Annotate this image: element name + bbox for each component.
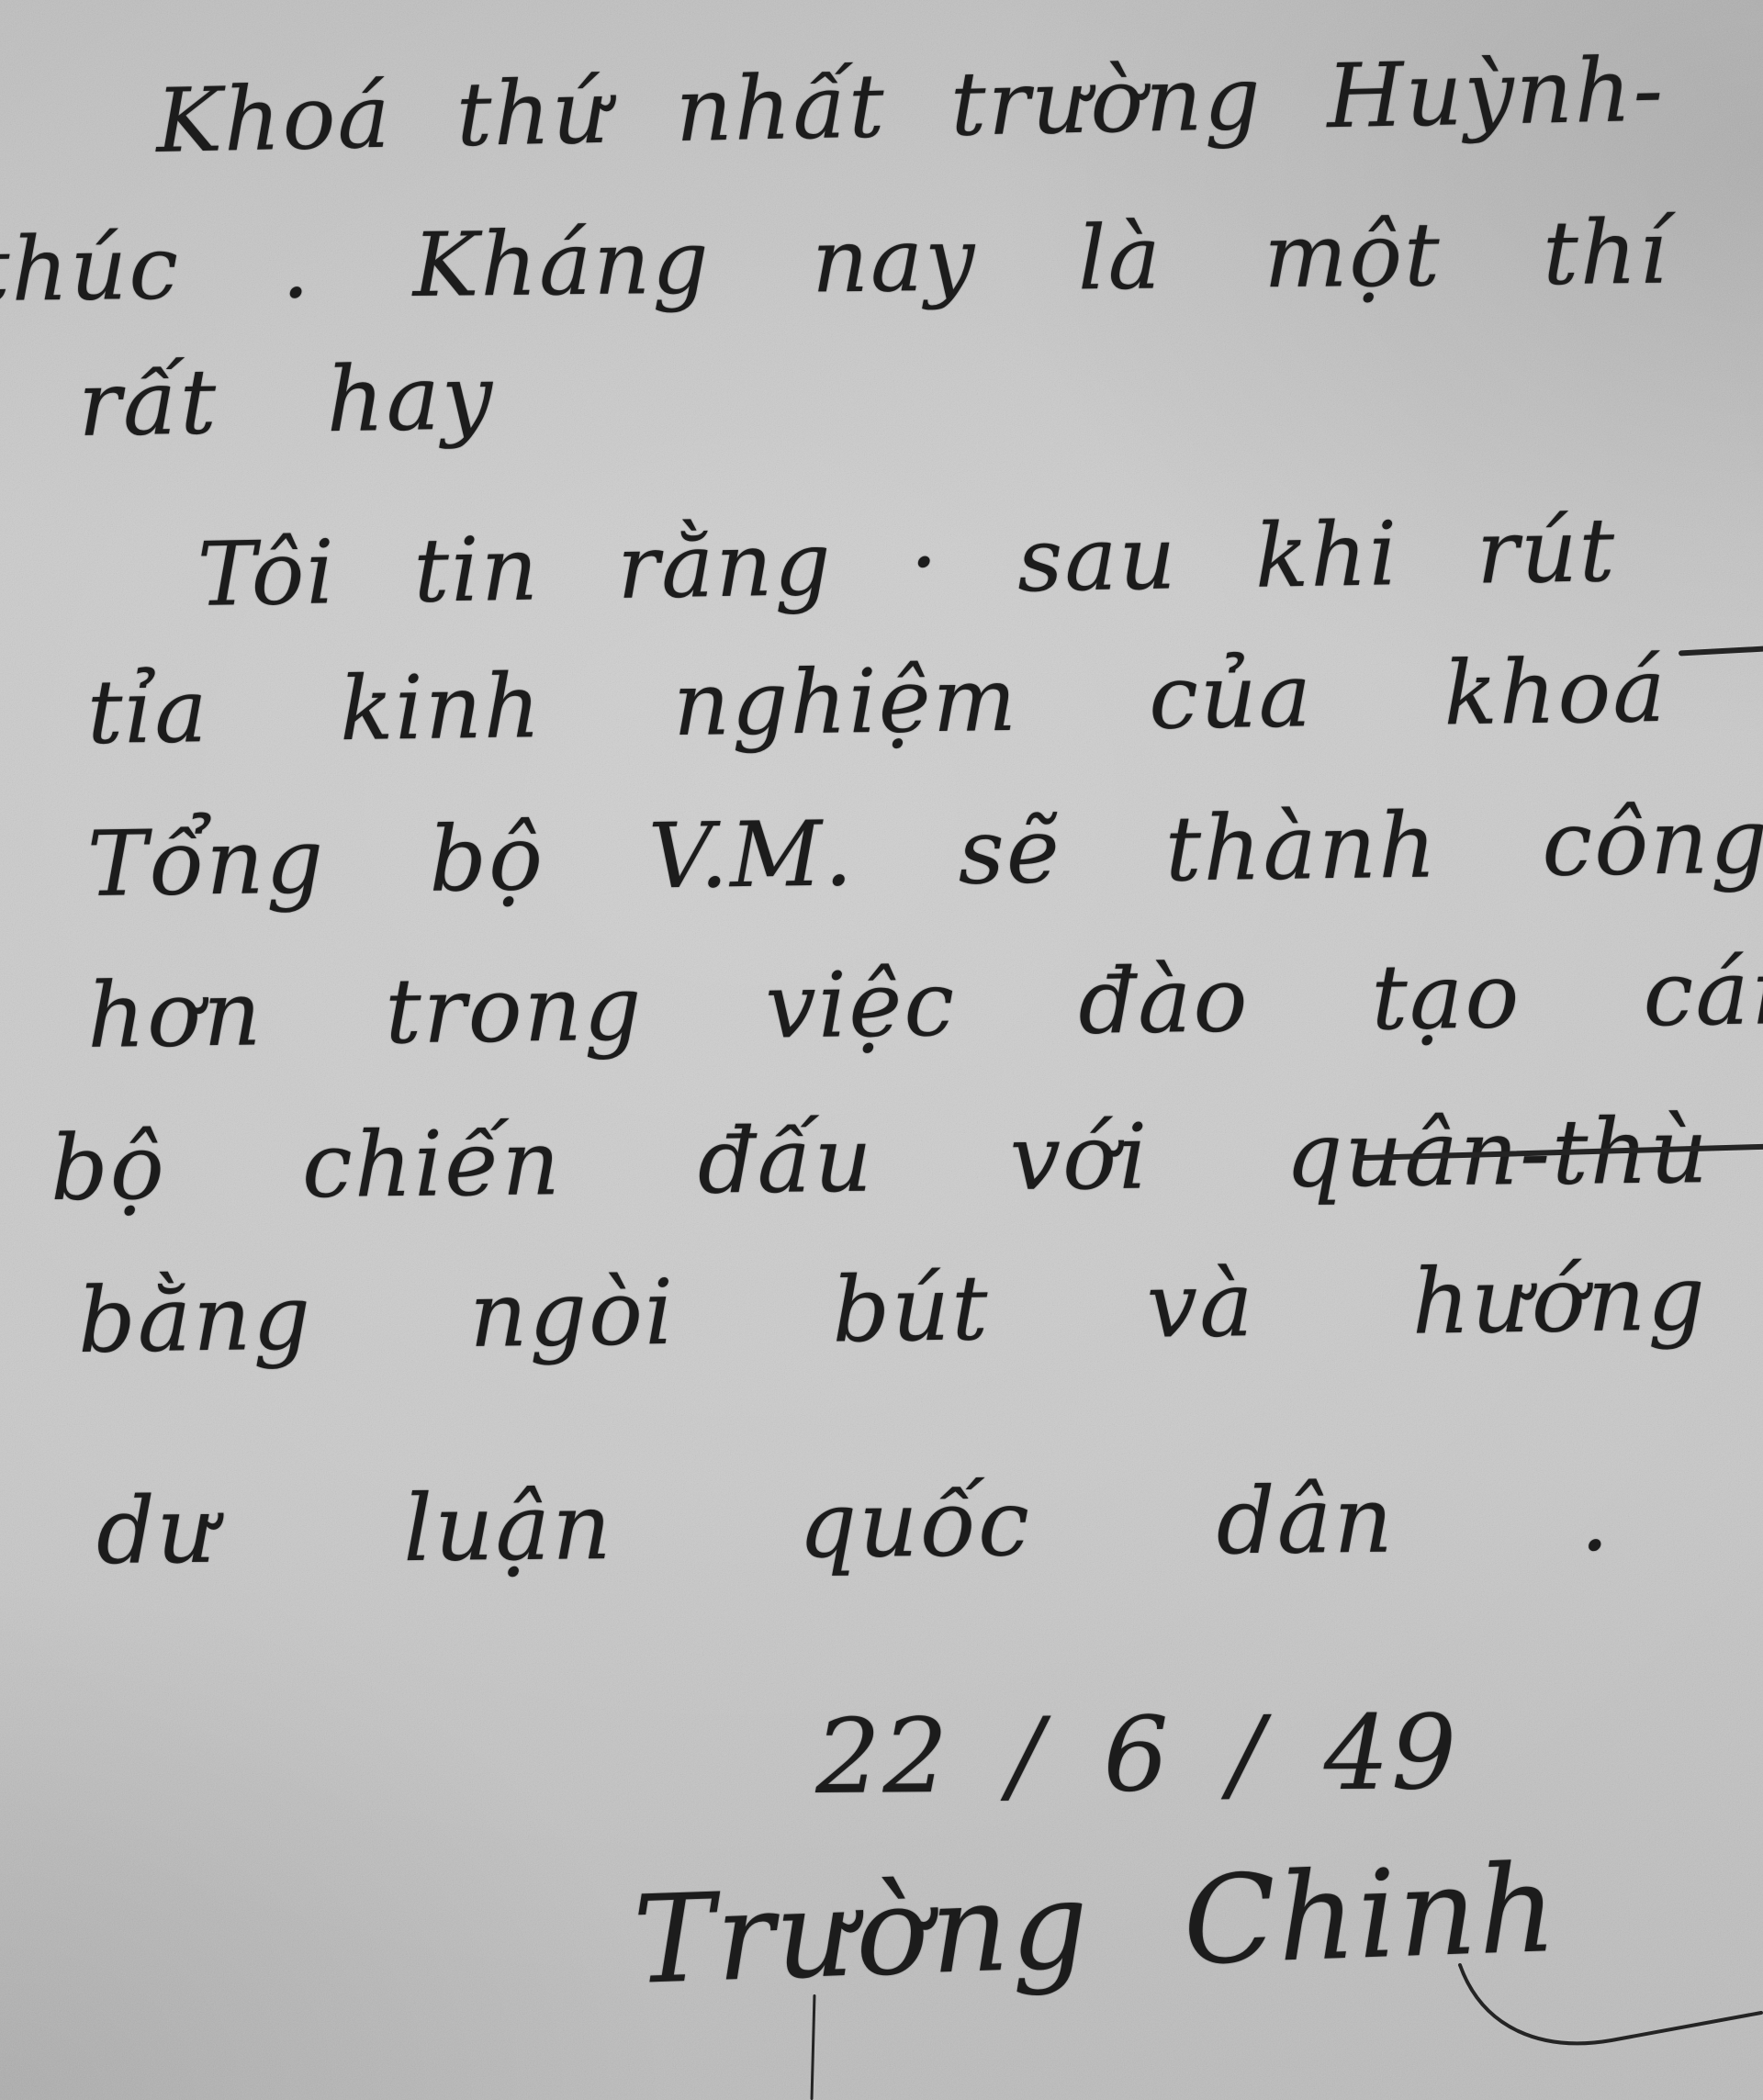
handwritten-line-6: Tổng bộ V.M. sẽ thành công (86, 796, 1763, 910)
pen-descender-stroke (810, 1994, 815, 2100)
handwritten-line-1: Khoá thứ nhất trường Huỳnh- (155, 46, 1666, 165)
handwritten-line-10: dư luận quốc dân . (96, 1473, 1611, 1578)
handwritten-line-8: bộ chiến đấu với quân-thù (50, 1106, 1710, 1214)
signature: Trường Chinh (632, 1848, 1560, 2002)
handwritten-letter-photo: Khoá thứ nhất trường Huỳnh- thúc . Kháng… (0, 0, 1763, 2100)
handwritten-line-7: hơn trong việc đào tạo cán (86, 948, 1763, 1061)
handwritten-line-5: tỉa kinh nghiệm của khoá này (86, 642, 1763, 757)
handwritten-line-4: Tôi tin rằng · sau khi rút (197, 506, 1617, 619)
handwritten-line-3: rất hay (77, 353, 495, 450)
handwritten-line-9: bằng ngòi bút và hướng dẫn (77, 1249, 1763, 1366)
date-line: 22 / 6 / 49 (815, 1701, 1459, 1809)
handwritten-line-2: thúc . Kháng nay là một thí nghiệm (0, 204, 1763, 314)
